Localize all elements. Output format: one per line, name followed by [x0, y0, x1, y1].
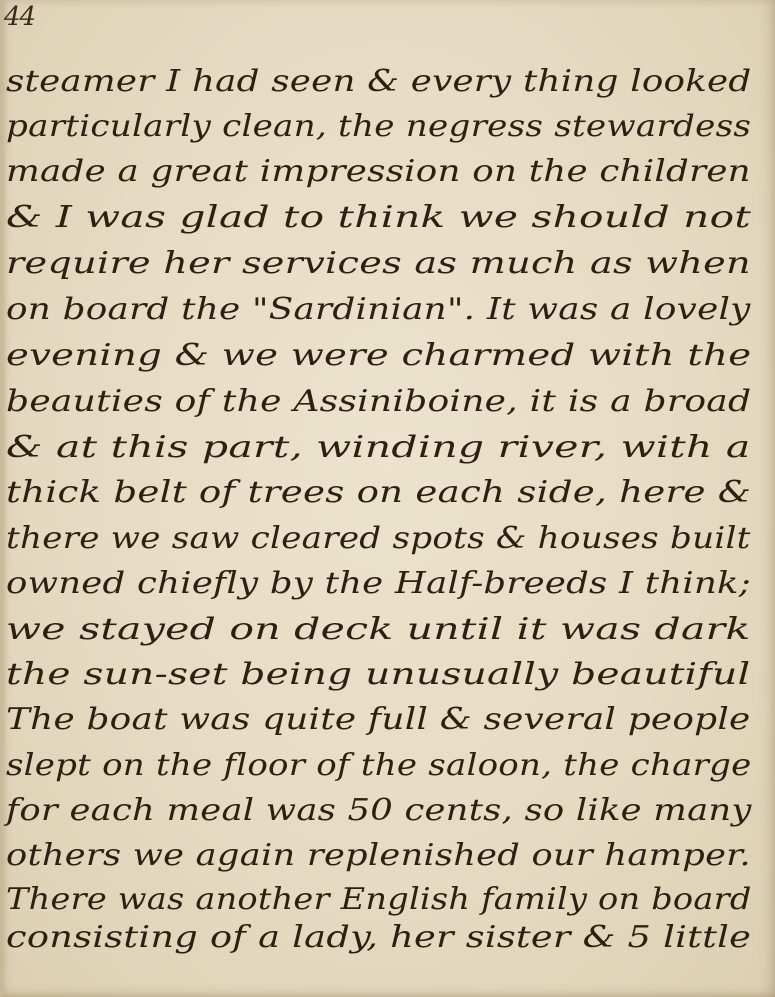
page-number: 44: [4, 2, 35, 32]
text-line: the sun-set being unusually beautiful: [6, 653, 750, 697]
text-line: made a great impression on the children: [6, 150, 751, 194]
text-line: on board the "Sardinian". It was a lovel…: [6, 288, 751, 332]
text-line: slept on the floor of the saloon, the ch…: [6, 744, 751, 788]
text-line: for each meal was 50 cents, so like many: [6, 789, 752, 833]
text-line: thick belt of trees on each side, here &: [6, 471, 751, 515]
journal-page: 44 steamer I had seen & every thing look…: [0, 0, 775, 997]
text-line: particularly clean, the negress stewarde…: [6, 105, 751, 149]
text-line: there we saw cleared spots & houses buil…: [6, 517, 751, 561]
text-line: others we again replenished our hamper.: [6, 834, 751, 878]
text-line: & I was glad to think we should not: [6, 196, 751, 240]
text-line: The boat was quite full & several people: [6, 698, 750, 742]
text-line: evening & we were charmed with the: [6, 334, 751, 378]
text-line: we stayed on deck until it was dark: [6, 608, 751, 652]
text-line: require her services as much as when: [6, 242, 751, 286]
text-line: consisting of a lady, her sister & 5 lit…: [6, 916, 751, 960]
text-line: & at this part, winding river, with a: [6, 426, 751, 470]
text-line: steamer I had seen & every thing looked: [6, 60, 751, 104]
text-line: beauties of the Assiniboine, it is a bro…: [6, 380, 751, 424]
text-line: owned chiefly by the Half-breeds I think…: [6, 562, 751, 606]
